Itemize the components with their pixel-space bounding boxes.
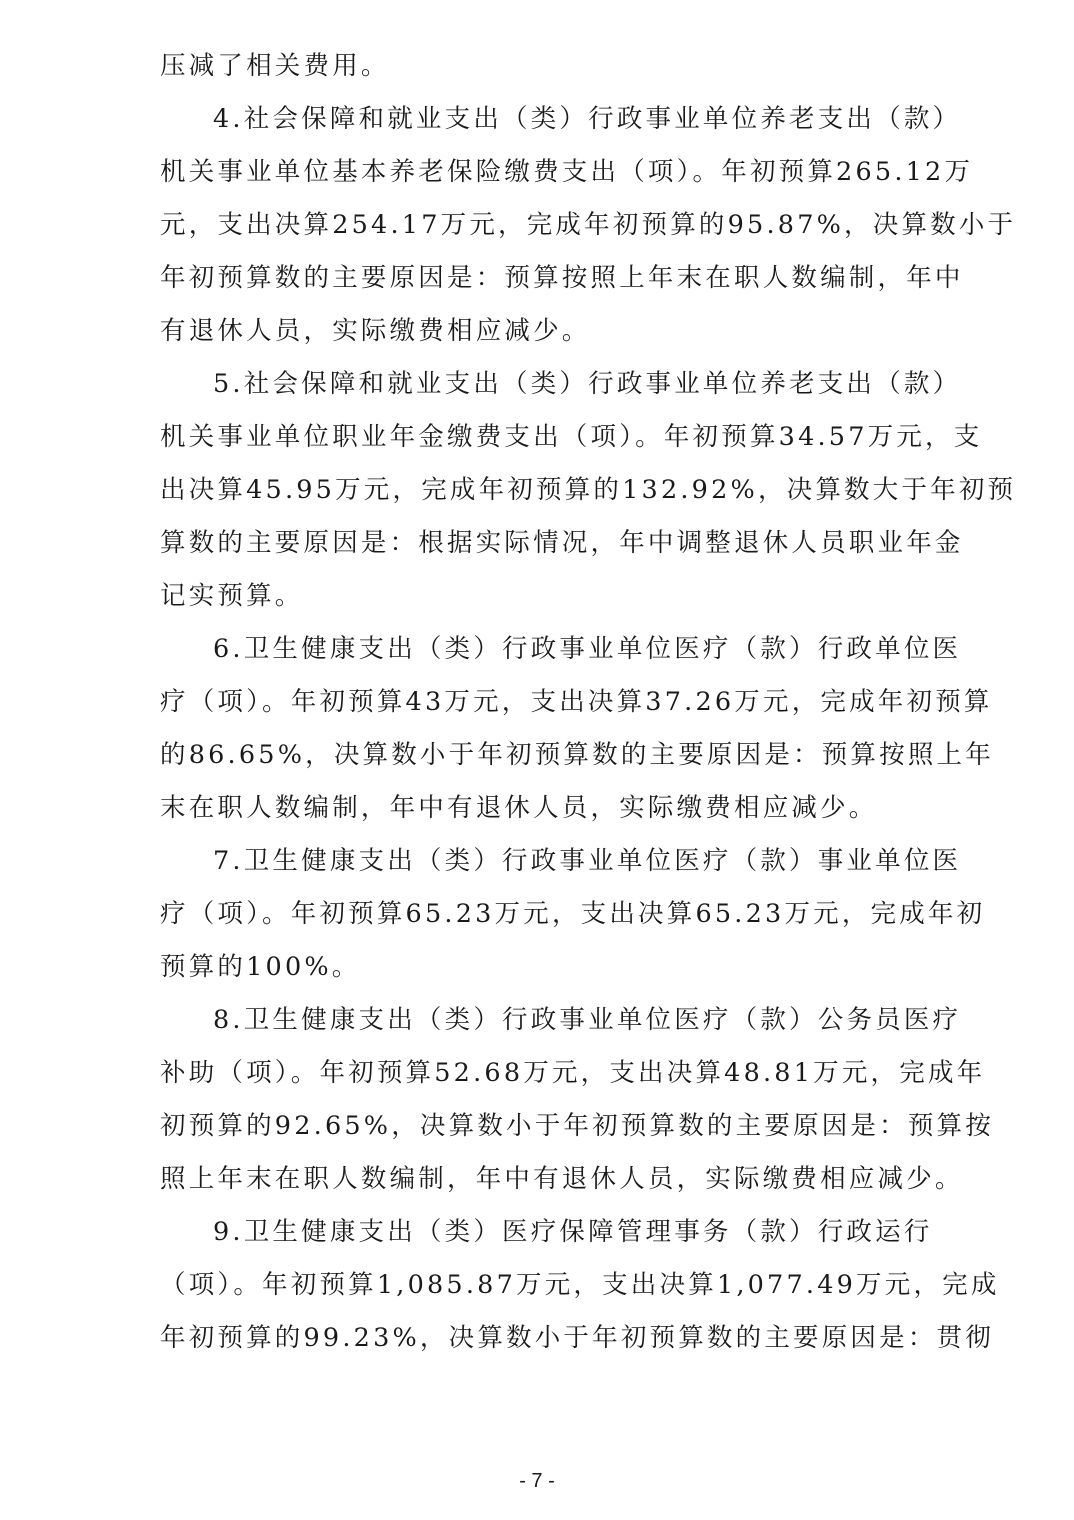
paragraph-3-tail-line-1: 压减了相关费用。 [160,46,930,86]
paragraph-8-line-4: 照上年末在职人数编制，年中有退休人员，实际缴费相应减少。 [160,1159,930,1199]
page-number: - 7 - [0,1468,1074,1494]
paragraph-5-line-2: 机关事业单位职业年金缴费支出（项）。年初预算34.57万元，支 [160,417,930,457]
paragraph-9-line-1: 9.卫生健康支出（类）医疗保障管理事务（款）行政运行 [213,1212,930,1252]
document-page: 压减了相关费用。 4.社会保障和就业支出（类）行政事业单位养老支出（款） 机关事… [0,0,1074,1520]
paragraph-5-line-3: 出决算45.95万元，完成年初预算的132.92%，决算数大于年初预 [160,470,930,510]
paragraph-6-line-2: 疗（项）。年初预算43万元，支出决算37.26万元，完成年初预算 [160,682,930,722]
paragraph-9-line-3: 年初预算的99.23%，决算数小于年初预算数的主要原因是：贯彻 [160,1318,930,1358]
paragraph-4-line-3: 元，支出决算254.17万元，完成年初预算的95.87%，决算数小于 [160,205,930,245]
paragraph-6-line-1: 6.卫生健康支出（类）行政事业单位医疗（款）行政单位医 [213,629,930,669]
paragraph-4-line-4: 年初预算数的主要原因是：预算按照上年末在职人数编制，年中 [160,258,930,298]
paragraph-8-line-2: 补助（项）。年初预算52.68万元，支出决算48.81万元，完成年 [160,1053,930,1093]
paragraph-5-line-4: 算数的主要原因是：根据实际情况，年中调整退休人员职业年金 [160,523,930,563]
paragraph-7-line-1: 7.卫生健康支出（类）行政事业单位医疗（款）事业单位医 [213,841,930,881]
paragraph-6-line-3: 的86.65%，决算数小于年初预算数的主要原因是：预算按照上年 [160,735,930,775]
paragraph-7-line-3: 预算的100%。 [160,947,930,987]
paragraph-7-line-2: 疗（项）。年初预算65.23万元，支出决算65.23万元，完成年初 [160,894,930,934]
paragraph-8-line-1: 8.卫生健康支出（类）行政事业单位医疗（款）公务员医疗 [213,1000,930,1040]
paragraph-8-line-3: 初预算的92.65%，决算数小于年初预算数的主要原因是：预算按 [160,1106,930,1146]
paragraph-4-line-1: 4.社会保障和就业支出（类）行政事业单位养老支出（款） [213,99,930,139]
paragraph-5-line-5: 记实预算。 [160,576,930,616]
paragraph-9-line-2: （项）。年初预算1,085.87万元，支出决算1,077.49万元，完成 [160,1265,930,1305]
paragraph-5-line-1: 5.社会保障和就业支出（类）行政事业单位养老支出（款） [213,364,930,404]
paragraph-4-line-5: 有退休人员，实际缴费相应减少。 [160,311,930,351]
paragraph-4-line-2: 机关事业单位基本养老保险缴费支出（项）。年初预算265.12万 [160,152,930,192]
paragraph-6-line-4: 末在职人数编制，年中有退休人员，实际缴费相应减少。 [160,788,930,828]
